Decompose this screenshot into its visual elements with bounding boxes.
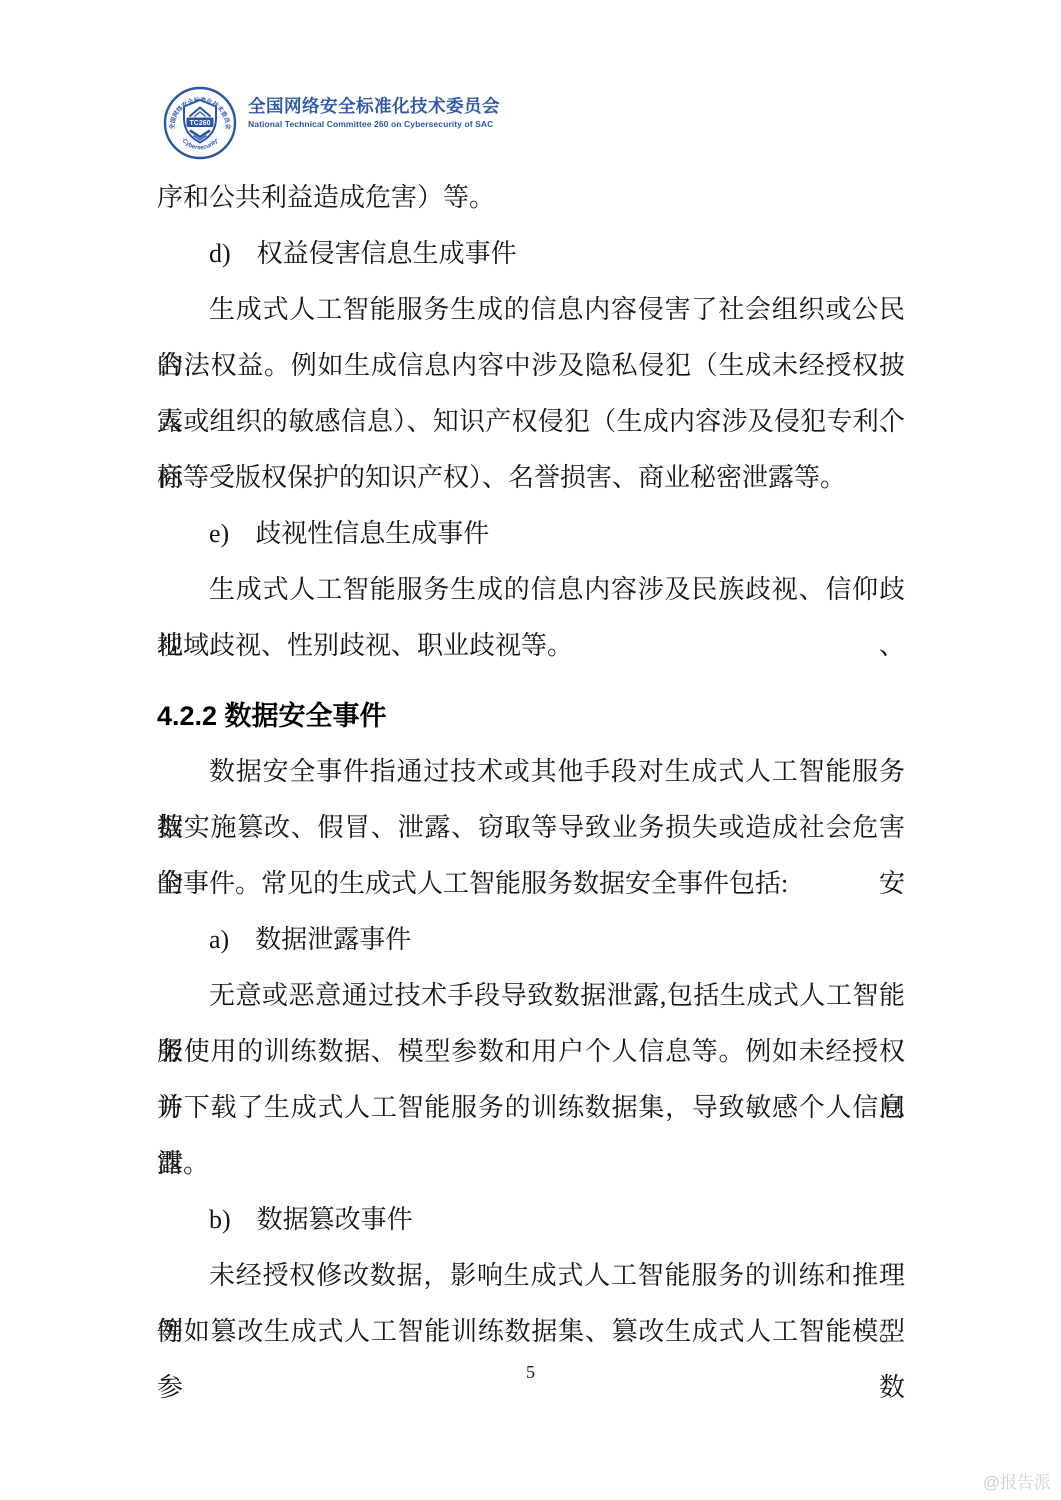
section-heading-4-2-2: 4.2.2 数据安全事件	[157, 688, 905, 744]
body-line: 据实施篡改、假冒、泄露、窃取等导致业务损失或造成社会危害的安	[157, 800, 905, 856]
list-item-d-label: d) 权益侵害信息生成事件	[157, 226, 905, 282]
body-line: 序和公共利益造成危害）等。	[157, 170, 905, 226]
list-item-e-label: e) 歧视性信息生成事件	[157, 506, 905, 562]
tc260-seal-logo: 全国网络安全标准化技术委员会 ·Cybersecurity· TC260	[163, 86, 237, 160]
body-line: 生成式人工智能服务生成的信息内容侵害了社会组织或公民的	[157, 282, 905, 338]
body-line: 未经授权修改数据，影响生成式人工智能服务的训练和推理等。	[157, 1248, 905, 1304]
list-item-a-label: a) 数据泄露事件	[157, 912, 905, 968]
list-item-b-label: b) 数据篡改事件	[157, 1192, 905, 1248]
header: 全国网络安全标准化技术委员会 ·Cybersecurity· TC260 全国网…	[163, 86, 500, 160]
body-line: 标等受版权保护的知识产权）、名誉损害、商业秘密泄露等。	[157, 450, 905, 506]
page-number: 5	[0, 1362, 1061, 1383]
body-line: 务使用的训练数据、模型参数和用户个人信息等。例如未经授权访问	[157, 1024, 905, 1080]
tc260-badge-text: TC260	[189, 120, 210, 127]
watermark: @报告派	[983, 1468, 1051, 1493]
header-titles: 全国网络安全标准化技术委员会 National Technical Commit…	[248, 86, 500, 129]
body-line: 人或组织的敏感信息）、知识产权侵犯（生成内容涉及侵犯专利、商	[157, 394, 905, 450]
body-line: 生成式人工智能服务生成的信息内容涉及民族歧视、信仰歧视、	[157, 562, 905, 618]
committee-title-en: National Technical Committee 260 on Cybe…	[248, 119, 500, 129]
body-line: 露。	[157, 1136, 905, 1192]
body-line: 并下载了生成式人工智能服务的训练数据集，导致敏感个人信息泄	[157, 1080, 905, 1136]
body-line: 合法权益。例如生成信息内容中涉及隐私侵犯（生成未经授权披露个	[157, 338, 905, 394]
body-line: 数据安全事件指通过技术或其他手段对生成式人工智能服务数	[157, 744, 905, 800]
document-page: 全国网络安全标准化技术委员会 ·Cybersecurity· TC260 全国网…	[0, 0, 1061, 1500]
body-line: 例如篡改生成式人工智能训练数据集、篡改生成式人工智能模型参数	[157, 1304, 905, 1360]
document-body: 序和公共利益造成危害）等。 d) 权益侵害信息生成事件 生成式人工智能服务生成的…	[157, 170, 905, 1360]
body-line: 无意或恶意通过技术手段导致数据泄露,包括生成式人工智能服	[157, 968, 905, 1024]
committee-title-cn: 全国网络安全标准化技术委员会	[248, 96, 500, 116]
